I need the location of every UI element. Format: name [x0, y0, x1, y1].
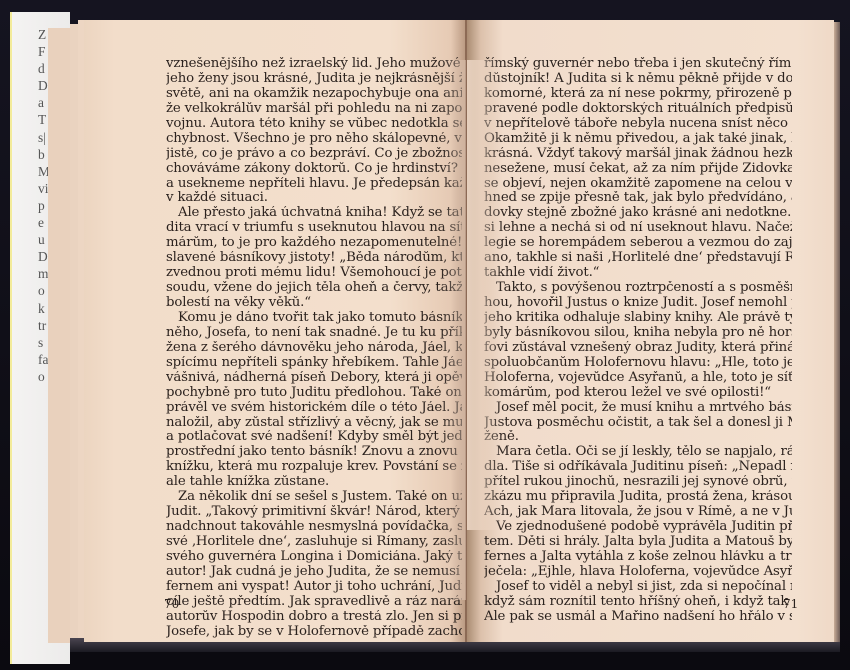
text-line: Ale přesto jaká úchvatná kniha! Když se …: [166, 206, 462, 221]
text-line: vznešenějšího než izraelský lid. Jeho mu…: [166, 57, 462, 72]
text-line: ale tahle knížka zůstane.: [166, 475, 462, 490]
text-line: si lehne a nechá si od ní useknout hlavu…: [484, 221, 792, 236]
text-line: hned se zpije přesně tak, jak bylo předv…: [484, 191, 792, 206]
text-line: zvednou proti mému lidu! Všemohoucí je p…: [166, 266, 462, 281]
text-line: Komu je dáno tvořit tak jako tomuto básn…: [166, 311, 462, 326]
right-page-edge: [834, 22, 840, 642]
text-line: cíle ještě předtím. Jak spravedlivě a rá…: [166, 595, 462, 610]
text-line: takhle vidí život.“: [484, 266, 792, 281]
text-line: když sám roznítil tento hříšný oheň, i k…: [484, 595, 792, 610]
text-line: něho, Josefa, to není tak snadné. Je tu …: [166, 326, 462, 341]
text-line: dovky stejně zbožné jako krásné ani nedo…: [484, 206, 792, 221]
text-line: a usekneme nepříteli hlavu. Je předepsán…: [166, 177, 462, 192]
text-line: Holoferna, vojevůdce Asyřanů, a hle, tot…: [484, 371, 792, 386]
page-number-right: 71: [783, 597, 798, 611]
text-line: komorné, která za ní nese pokrmy, přiroz…: [484, 87, 792, 102]
text-line: své ‚Horlitele dne‘, zasluhuje si Římany…: [166, 535, 462, 550]
text-line: vojnu. Autora této knihy se vůbec nedotk…: [166, 117, 462, 132]
text-line: Ale pak se usmál a Mařino nadšení ho hřá…: [484, 610, 792, 625]
text-line: fovi zůstával vznešený obraz Judity, kte…: [484, 341, 792, 356]
text-line: že velkokrálův maršál při pohledu na ni …: [166, 102, 462, 117]
text-line: Josefe, jak by se v Holofernově případě …: [166, 625, 462, 640]
text-line: knížku, která mu rozpaluje krev. Povstán…: [166, 460, 462, 475]
text-line: Okamžitě ji k němu přivedou, a jak také …: [484, 132, 792, 147]
text-line: v nepřítelově táboře nebyla nucena sníst…: [484, 117, 792, 132]
text-line: krásná. Vždyť takový maršál jinak žádnou…: [484, 147, 792, 162]
text-line: v každé situaci.: [166, 191, 462, 206]
text-line: legie se horempádem seberou a vezmou do …: [484, 236, 792, 251]
text-line: autorův Hospodin dobro a trestá zlo. Jen…: [166, 610, 462, 625]
text-line: soudu, vžene do jejich těla oheň a červy…: [166, 281, 462, 296]
text-line: pravené podle doktorských rituálních pře…: [484, 102, 792, 117]
text-line: prostřední jako tento básník! Znovu a zn…: [166, 445, 462, 460]
text-line: Judit. „Takový primitivní škvár! Národ, …: [166, 505, 462, 520]
text-line: autor! Jak cudná je jeho Judita, že se n…: [166, 565, 462, 580]
text-line: nadchnout takováhle nesmyslná povídačka,…: [166, 520, 462, 535]
text-line: Ve zjednodušené podobě vyprávěla Juditin…: [484, 520, 792, 535]
text-line: chybnost. Všechno je pro něho skálopevné…: [166, 132, 462, 147]
text-line: hou, hovořil Justus o knize Judit. Josef…: [484, 296, 792, 311]
text-line: Za několik dní se sešel s Justem. Také o…: [166, 490, 462, 505]
text-line: fernem ani vyspat! Autor ji toho uchrání…: [166, 580, 462, 595]
text-line: vášnivá, nádherná píseň Debory, která ji…: [166, 371, 462, 386]
text-line: dita vrací v triumfu s useknutou hlavou …: [166, 221, 462, 236]
text-line: jistě, co je právo a co bezpráví. Co je …: [166, 147, 462, 162]
text-line: byly básníkovou silou, kniha nebyla pro …: [484, 326, 792, 341]
text-line: jeho ženy jsou krásné, Judita je nejkrás…: [166, 72, 462, 87]
text-line: zkázu mu připravila Judita, prostá žena,…: [484, 490, 792, 505]
text-line: pochybně pro tuto Juditu předlohou. Také…: [166, 386, 462, 401]
book-spine: [465, 20, 467, 642]
right-page-text: římský guvernér nebo třeba i jen skutečn…: [484, 57, 792, 625]
text-line: ano, takhle si naši ‚Horlitelé dne‘ před…: [484, 251, 792, 266]
text-line: tem. Děti si hrály. Jalta byla Judita a …: [484, 535, 792, 550]
text-line: slavené básníkovy jistoty! „Běda národům…: [166, 251, 462, 266]
text-line: márům, to je pro každého nezapomenutelné…: [166, 236, 462, 251]
text-line: bolestí na věky věků.“: [166, 296, 462, 311]
text-line: ženě.: [484, 430, 792, 445]
text-line: se objeví, nejen okamžitě zapomene na ce…: [484, 177, 792, 192]
text-line: fernes a Jalta vytáhla z koše zelnou hlá…: [484, 550, 792, 565]
text-line: spícímu nepříteli spánky hřebíkem. Tahle…: [166, 356, 462, 371]
text-line: svého guvernéra Longina i Domiciána. Jak…: [166, 550, 462, 565]
text-line: naložil, aby zůstal střízlivý a věcný, j…: [166, 416, 462, 431]
text-line: římský guvernér nebo třeba i jen skutečn…: [484, 57, 792, 72]
text-line: Josef měl pocit, že musí knihu a mrtvého…: [484, 401, 792, 416]
text-line: a potlačovat své nadšení! Kdyby směl být…: [166, 430, 462, 445]
text-line: přítel rukou jinochů, nesrazili jej syno…: [484, 475, 792, 490]
page-number-left: 70: [164, 597, 179, 611]
text-line: dla. Tiše si odříkávala Juditinu píseň: …: [484, 460, 792, 475]
text-line: ječela: „Ejhle, hlava Holoferna, vojevůd…: [484, 565, 792, 580]
text-line: Ach, jak Mara litovala, že jsou v Římě, …: [484, 505, 792, 520]
text-line: Takto, s povýšenou roztrpčeností a s pos…: [484, 281, 792, 296]
text-line: světě, ani na okamžik nezapochybuje ona …: [166, 87, 462, 102]
text-line: jeho kritika odhaluje slabiny knihy. Ale…: [484, 311, 792, 326]
text-line: žena z šerého dávnověku jeho národa, Jáe…: [166, 341, 462, 356]
text-line: Josef to viděl a nebyl si jist, zda si n…: [484, 580, 792, 595]
text-line: spoluobčanům Holofernovu hlavu: „Hle, to…: [484, 356, 792, 371]
text-line: komárům, pod kterou ležel ve své opilost…: [484, 386, 792, 401]
left-page-text: vznešenějšího než izraelský lid. Jeho mu…: [166, 57, 462, 640]
text-line: Mara četla. Oči se jí leskly, tělo se na…: [484, 445, 792, 460]
text-line: nesežene, musí čekat, až za ním přijde Ž…: [484, 162, 792, 177]
text-line: Justova posměchu očistit, a tak šel a do…: [484, 416, 792, 431]
text-line: chováváme zákony doktorů. Co je hrdinstv…: [166, 162, 462, 177]
text-line: právěl ve svém historickém díle o této J…: [166, 401, 462, 416]
text-line: důstojník! A Judita si k němu pěkně přij…: [484, 72, 792, 87]
